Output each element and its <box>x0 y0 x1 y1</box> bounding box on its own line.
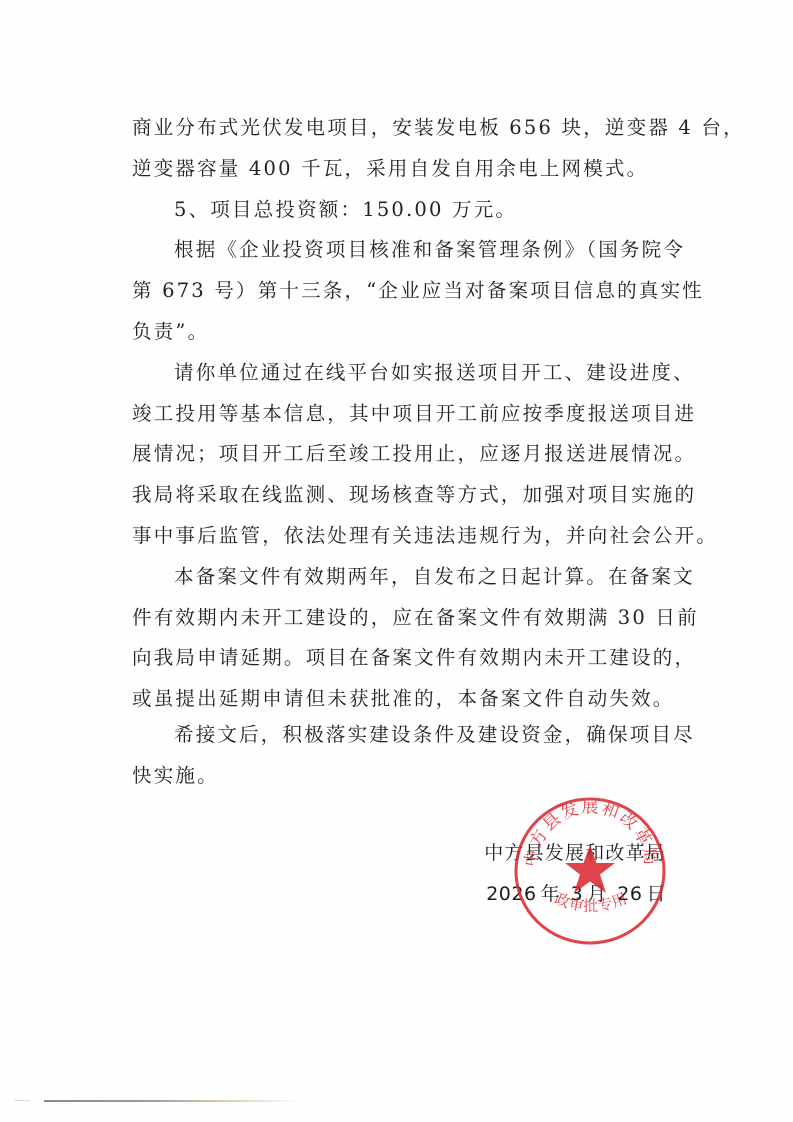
text-line: 本备案文件有效期两年，自发布之日起计算。在备案文 <box>132 557 668 598</box>
text-line: 快实施。 <box>132 756 668 797</box>
date-day-unit: 日 <box>646 883 666 905</box>
text-line: 件有效期内未开工建设的，应在备案文件有效期满 30 日前 <box>132 598 668 639</box>
text-line: 或虽提出延期申请但未获批准的，本备案文件自动失效。 <box>132 679 668 720</box>
scan-artifact-line <box>44 1100 299 1102</box>
text-line: 向我局申请延期。项目在备案文件有效期内未开工建设的， <box>132 638 668 679</box>
text-line: 事中事后监管，依法处理有关违法违规行为，并向社会公开。 <box>132 516 668 557</box>
text-line: 根据《企业投资项目核准和备案管理条例》（国务院令 <box>132 230 668 271</box>
text-line: 竣工投用等基本信息，其中项目开工前应按季度报送项目进 <box>132 394 668 435</box>
date-month-unit: 月 <box>587 883 607 905</box>
text-line: 请你单位通过在线平台如实报送项目开工、建设进度、 <box>132 353 668 394</box>
text-line: 第 673 号）第十三条，“企业应当对备案项目信息的真实性 <box>132 271 668 312</box>
date-year: 2026 <box>486 883 536 905</box>
issue-date: 2026年 3月 26日 <box>486 879 666 906</box>
text-line: 我局将采取在线监测、现场核查等方式，加强对项目实施的 <box>132 475 668 516</box>
document-body: 商业分布式光伏发电项目，安装发电板 656 块，逆变器 4 台， 逆变器容量 4… <box>132 108 668 797</box>
text-line: 商业分布式光伏发电项目，安装发电板 656 块，逆变器 4 台， <box>132 108 668 149</box>
text-line: 希接文后，积极落实建设条件及建设资金，确保项目尽 <box>132 715 668 756</box>
text-line: 展情况；项目开工后至竣工投用止，应逐月报送进展情况。 <box>132 434 668 475</box>
scan-artifact-line <box>14 1100 30 1101</box>
date-month: 3 <box>571 883 584 905</box>
date-year-unit: 年 <box>541 883 561 905</box>
date-day: 26 <box>617 883 642 905</box>
issuing-organization: 中方县发展和改革局 <box>484 838 666 865</box>
text-line: 负责”。 <box>132 312 668 353</box>
document-page: 商业分布式光伏发电项目，安装发电板 656 块，逆变器 4 台， 逆变器容量 4… <box>0 0 793 1122</box>
text-line-total-investment: 5、项目总投资额：150.00 万元。 <box>132 190 668 231</box>
text-line: 逆变器容量 400 千瓦，采用自发自用余电上网模式。 <box>132 149 668 190</box>
official-seal-stamp: 中方县发展和改革局 行政审批专用章 <box>512 795 668 947</box>
